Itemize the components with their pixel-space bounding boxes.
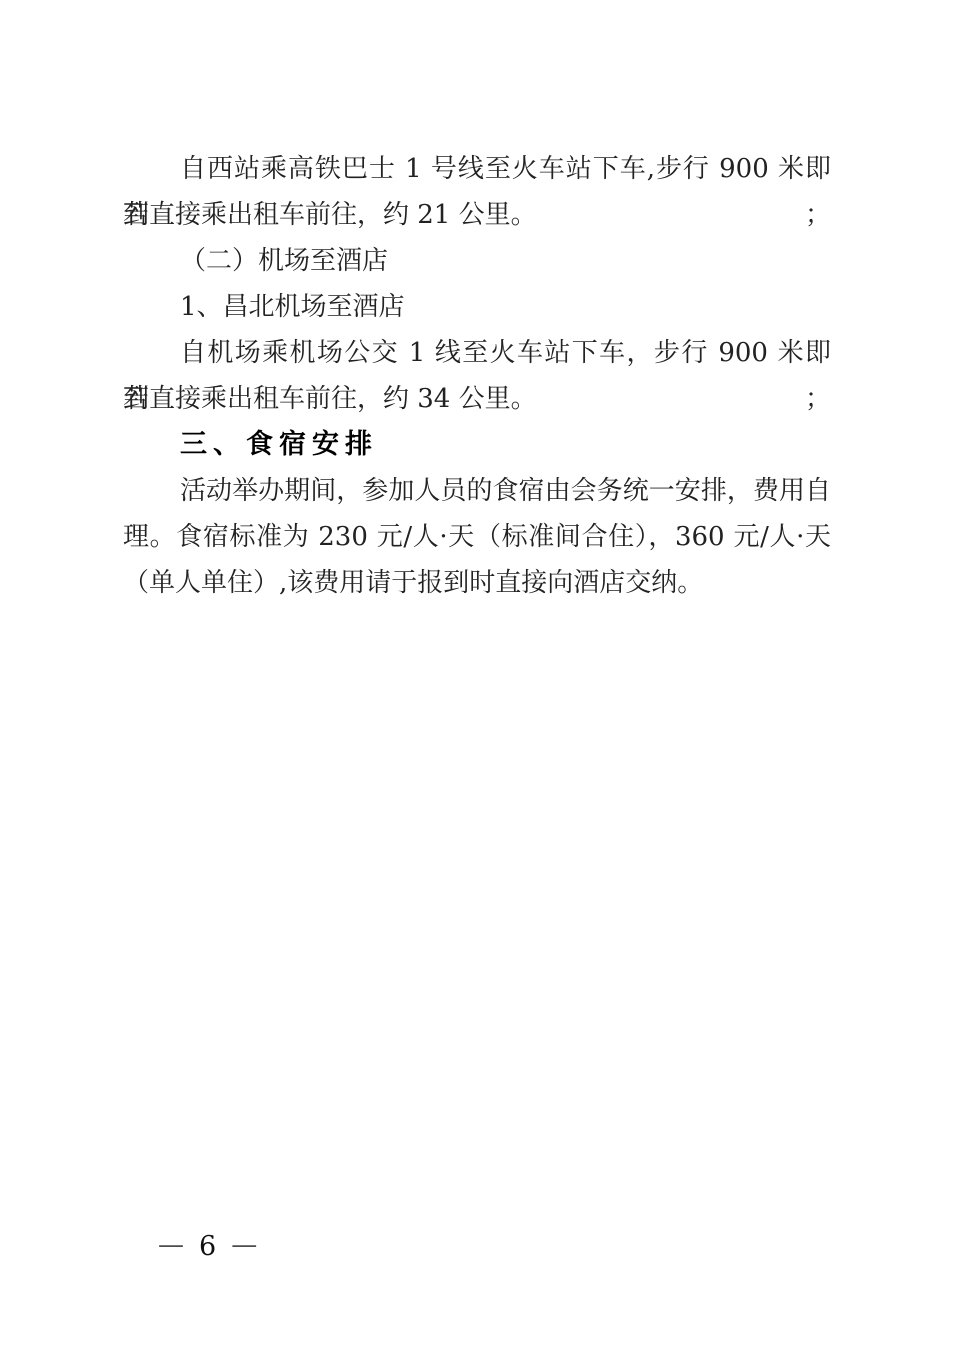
paragraph-line: 自西站乘高铁巴士 1 号线至火车站下车,步行 900 米即到； bbox=[123, 146, 831, 192]
paragraph-line: （单人单住）,该费用请于报到时直接向酒店交纳。 bbox=[123, 560, 831, 606]
paragraph-line: 活动举办期间，参加人员的食宿由会务统一安排，费用自 bbox=[123, 468, 831, 514]
page-footer: — 6 — bbox=[158, 1232, 257, 1262]
list-item-title: 1、昌北机场至酒店 bbox=[123, 284, 831, 330]
document-page: 自西站乘高铁巴士 1 号线至火车站下车,步行 900 米即到； 若直接乘出租车前… bbox=[0, 0, 953, 1347]
paragraph-line: 理。食宿标准为 230 元/人·天（标准间合住），360 元/人·天 bbox=[123, 514, 831, 560]
document-body: 自西站乘高铁巴士 1 号线至火车站下车,步行 900 米即到； 若直接乘出租车前… bbox=[123, 146, 831, 606]
page-number: 6 bbox=[199, 1232, 216, 1262]
section-heading: 三、食宿安排 bbox=[123, 422, 831, 468]
footer-dash-right: — bbox=[231, 1230, 257, 1260]
paragraph-line: 自机场乘机场公交 1 线至火车站下车，步行 900 米即到； bbox=[123, 330, 831, 376]
subsection-title: （二）机场至酒店 bbox=[123, 238, 831, 284]
footer-dash-left: — bbox=[158, 1230, 184, 1260]
